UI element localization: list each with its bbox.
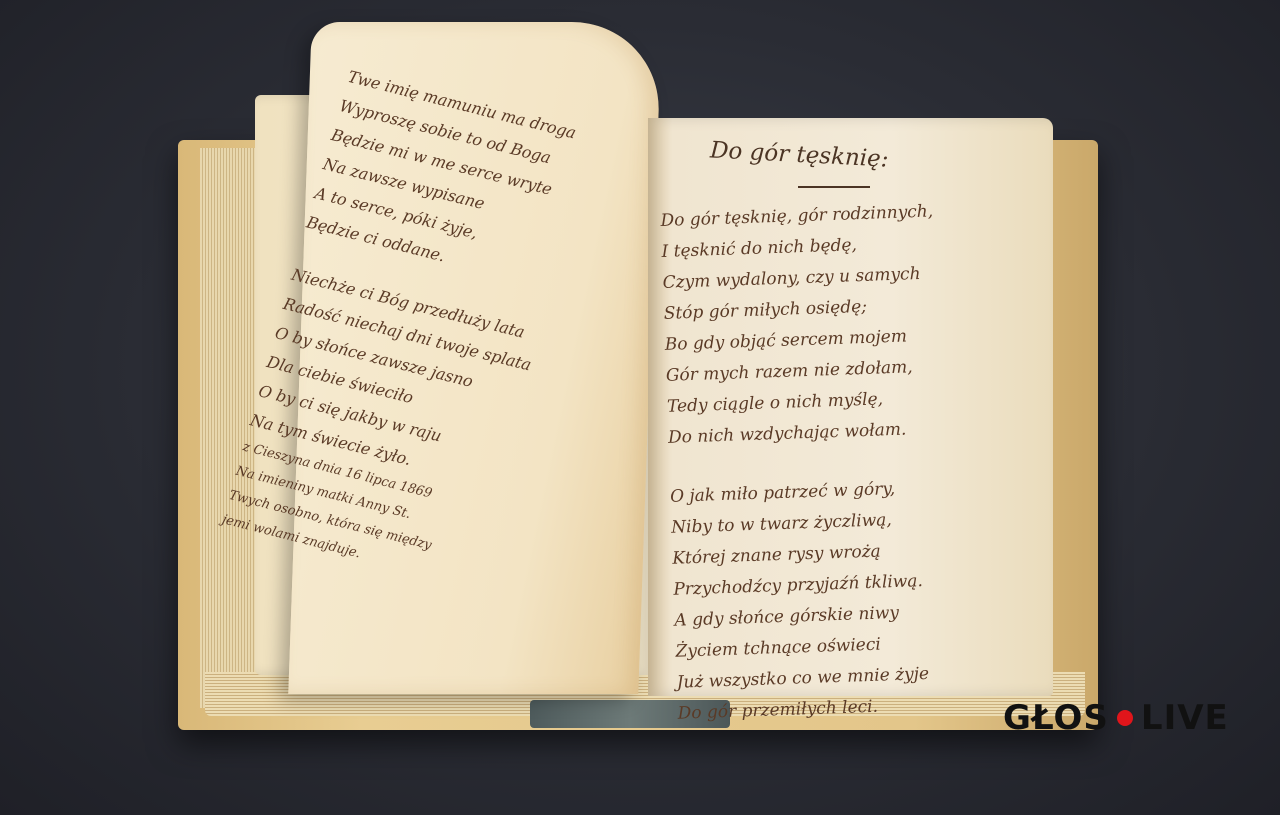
book-photo: Twe imię mamuniu ma droga Wyproszę sobie… bbox=[0, 0, 1280, 815]
right-page-text: Do gór tęsknię, gór rodzinnych, I tęskni… bbox=[660, 196, 951, 729]
title-underline bbox=[798, 186, 870, 188]
right-page: Do gór tęsknię: Do gór tęsknię, gór rodz… bbox=[648, 118, 1053, 696]
poem-title: Do gór tęsknię: bbox=[709, 137, 889, 172]
logo-text-glos: GŁOS bbox=[1003, 698, 1109, 738]
logo-text-live: LIVE bbox=[1141, 698, 1229, 738]
red-dot-icon bbox=[1117, 710, 1133, 726]
glos-live-watermark: GŁOS LIVE bbox=[1003, 698, 1229, 738]
left-page: Twe imię mamuniu ma droga Wyproszę sobie… bbox=[288, 22, 661, 694]
